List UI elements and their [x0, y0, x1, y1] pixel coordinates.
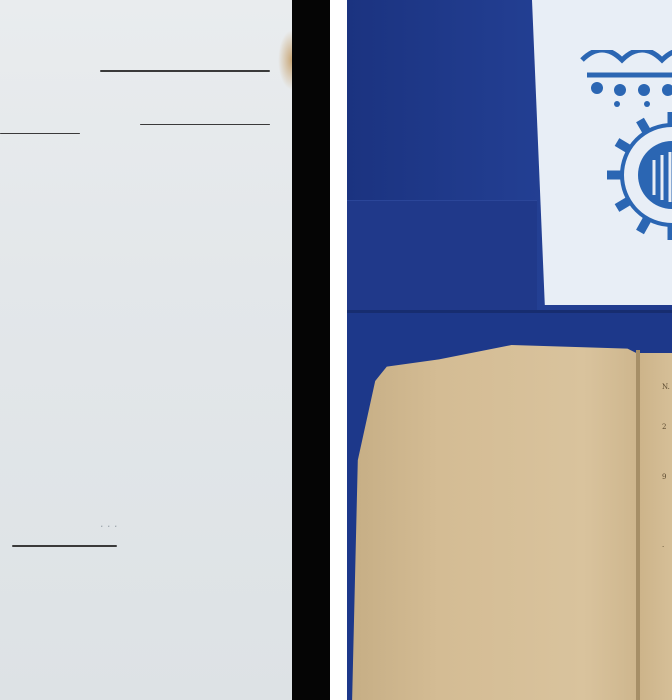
police-badge-icon [562, 50, 672, 240]
photo-divider-black [292, 0, 330, 700]
book-left-page [352, 345, 642, 700]
paper-stain [278, 30, 292, 90]
book-right-page: N. 2 9 · [640, 353, 672, 700]
open-old-book: N. 2 9 · [352, 345, 672, 700]
year-underline [140, 124, 270, 125]
police-poster [532, 0, 672, 305]
bleed-through-text: · · · [100, 520, 117, 533]
location-underline [0, 133, 80, 134]
heading-flourish [12, 545, 117, 547]
header-underline [100, 70, 270, 72]
police-evidence-photo: N. 2 9 · [347, 0, 672, 700]
photo-gutter [330, 0, 347, 700]
manuscript-photo: · · · [0, 0, 292, 700]
backdrop-ledge [347, 200, 537, 311]
